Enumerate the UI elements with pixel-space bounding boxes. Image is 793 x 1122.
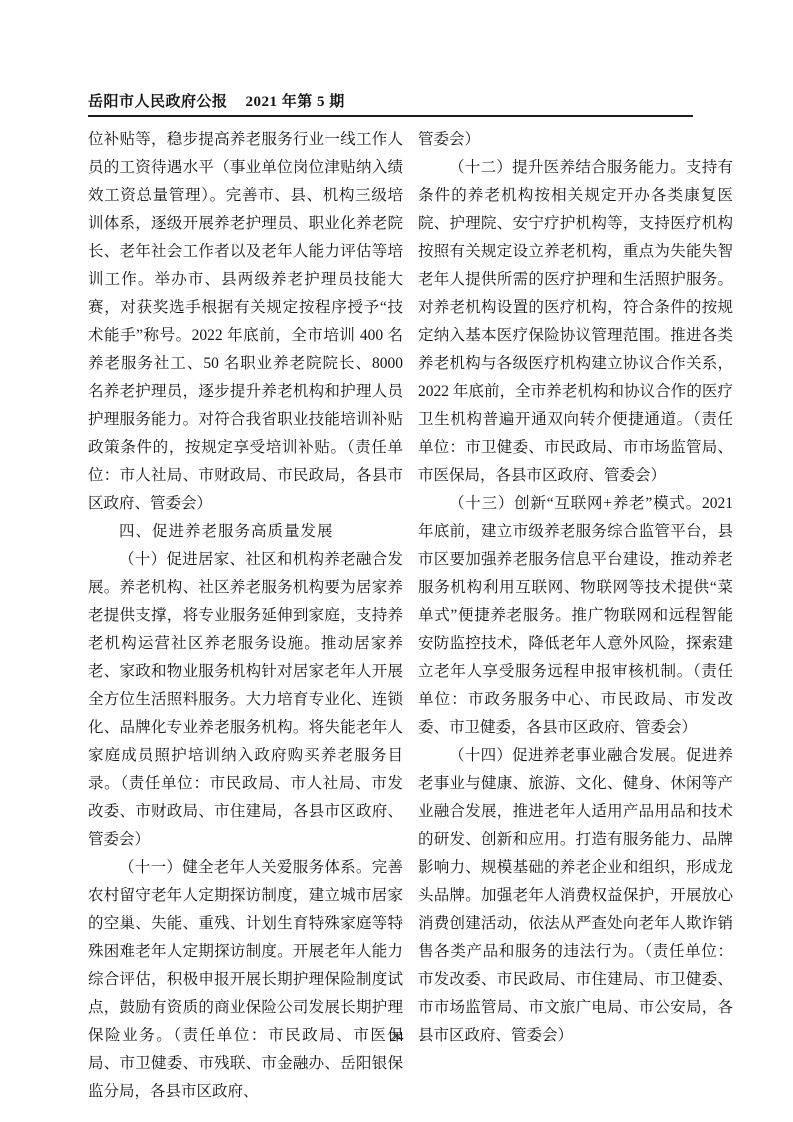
paragraph-item-twelve: （十二）提升医养结合服务能力。支持有条件的养老机构按相关规定开办各类康复医院、护… <box>418 154 733 490</box>
gazette-page: 岳阳市人民政府公报2021 年第 5 期 位补贴等，稳步提高养老服务行业一线工作… <box>0 0 793 1122</box>
page-header: 岳阳市人民政府公报2021 年第 5 期 <box>88 90 345 111</box>
section-heading-four: 四、促进养老服务高质量发展 <box>88 518 403 546</box>
page-number: 24 <box>390 1030 404 1045</box>
header-rule <box>88 115 693 117</box>
gazette-issue: 2021 年第 5 期 <box>246 94 345 110</box>
paragraph-item-thirteen: （十三）创新“互联网+养老”模式。2021 年底前，建立市级养老服务综合监管平台… <box>418 490 733 742</box>
page-footer: 24 <box>0 1030 793 1046</box>
paragraph-item-eleven-continuation: 管委会） <box>418 126 733 154</box>
paragraph-training-continuation: 位补贴等，稳步提高养老服务行业一线工作人员的工资待遇水平（事业单位岗位津贴纳入绩… <box>88 126 403 518</box>
gazette-title: 岳阳市人民政府公报 <box>88 94 228 110</box>
left-column: 位补贴等，稳步提高养老服务行业一线工作人员的工资待遇水平（事业单位岗位津贴纳入绩… <box>88 126 403 1106</box>
paragraph-item-eleven: （十一）健全老年人关爱服务体系。完善农村留守老年人定期探访制度，建立城市居家的空… <box>88 854 403 1106</box>
right-column: 管委会）（十二）提升医养结合服务能力。支持有条件的养老机构按相关规定开办各类康复… <box>418 126 733 1106</box>
document-body: 位补贴等，稳步提高养老服务行业一线工作人员的工资待遇水平（事业单位岗位津贴纳入绩… <box>88 126 733 1106</box>
paragraph-item-fourteen: （十四）促进养老事业融合发展。促进养老事业与健康、旅游、文化、健身、休闲等产业融… <box>418 742 733 1050</box>
paragraph-item-ten: （十）促进居家、社区和机构养老融合发展。养老机构、社区养老服务机构要为居家养老提… <box>88 546 403 854</box>
